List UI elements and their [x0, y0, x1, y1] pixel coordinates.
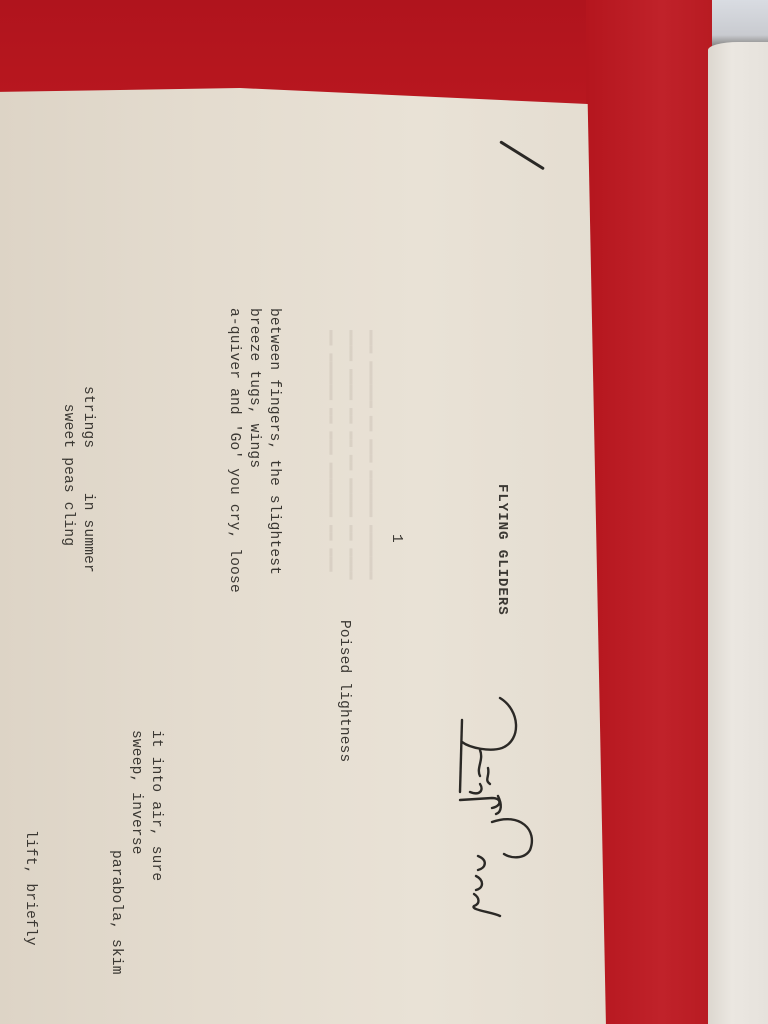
poem-line: sweet peas cling	[59, 386, 76, 546]
poem-line: it into air, sure	[147, 730, 164, 881]
poem-line: strings in summer	[79, 386, 96, 573]
adjacent-page	[708, 42, 768, 1024]
bleed-through-text: ▬▬▬ ▬▬▬▬▬▬ ▬▬ ▬▬▬ ▬▬▬▬▬▬ ▬▬▬▬▬▬▬	[365, 330, 380, 580]
poem-title: FLYING GLIDERS	[493, 484, 510, 616]
poem-line: between fingers, the slightest	[265, 308, 282, 575]
poem-subtitle: Poised lightness	[335, 620, 352, 762]
poem-line: lift, briefly	[21, 830, 38, 946]
bleed-through-text: ▬▬▬▬ ▬▬▬▬ ▬▬ ▬▬ ▬▬ ▬▬▬▬▬ ▬▬ ▬▬▬▬	[345, 330, 360, 580]
poem-line: a-quiver and 'Go' you cry, loose	[225, 308, 242, 593]
red-backdrop-strip	[586, 0, 712, 1024]
bleed-through-text: ▬▬ ▬▬▬▬▬▬ ▬▬ ▬▬▬ ▬▬▬▬▬▬▬ ▬▬ ▬▬▬	[325, 330, 340, 572]
poem-line: sweep, inverse	[127, 730, 144, 855]
poem-line: breeze tugs, wings	[245, 308, 262, 468]
poem-line: parabola, skim	[107, 850, 124, 975]
section-number: 1	[387, 534, 404, 543]
handwritten-signature	[440, 680, 560, 920]
